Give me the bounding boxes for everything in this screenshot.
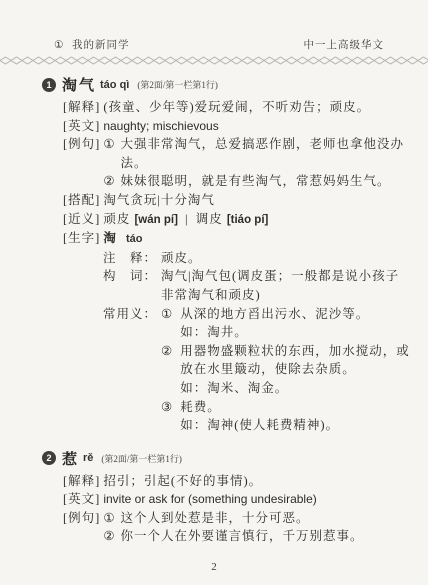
example-row: [例句] ① 大强非常淘气，总爱搞恶作剧，老师也拿他没办法。 ② 妹妹很聪明，就… (63, 135, 412, 191)
entry-heading: 1 淘气 táo qì (第2面/第一栏第1行) (42, 74, 412, 95)
chain-divider (0, 56, 428, 65)
page-content: 1 淘气 táo qì (第2面/第一栏第1行) [解释] (孩童、少年等)爱玩… (0, 65, 428, 546)
english-row: [英文] invite or ask for (something undesi… (63, 490, 412, 509)
meaning-text: 用器物盛颗粒状的东西，加水搅动，或放在水里簸动，使除去杂质。 (180, 342, 412, 379)
note-row: 注 释： 顽皮。 (103, 249, 412, 268)
example-row: [例句] ① 这个人到处惹是非，十分可恶。 ② 你一个人在外要谨言慎行，千万别惹… (63, 509, 412, 546)
compound-row: 构 词： 淘气|淘气包(调皮蛋；一般都是说小孩子非常淘气和顽皮) (103, 267, 412, 304)
page-number: 2 (0, 561, 428, 573)
explain-label: [解释] (63, 472, 100, 491)
example-item: ① 这个人到处惹是非，十分可恶。 (103, 509, 412, 528)
new-char-row: [生字] 淘 táo (63, 229, 412, 249)
english-label: [英文] (63, 117, 100, 136)
entry-location: (第2面/第一栏第1行) (101, 452, 182, 465)
meaning-body: 从深的地方舀出污水、泥沙等。 如：淘井。 (180, 305, 412, 342)
entry-pinyin: rě (83, 452, 93, 464)
example-text: 这个人到处惹是非，十分可恶。 (121, 509, 412, 528)
example-item: ② 你一个人在外要谨言慎行，千万别惹事。 (103, 527, 412, 546)
entry-pinyin: táo qì (100, 79, 129, 91)
meaning-text: 耗费。 (180, 398, 412, 417)
synonym-label: [近义] (63, 210, 100, 229)
example-text: 大强非常淘气，总爱搞恶作剧，老师也拿他没办法。 (121, 135, 412, 172)
example-item: ② 妹妹很聪明，就是有些淘气，常惹妈妈生气。 (103, 172, 412, 191)
explain-row: [解释] 招引；引起(不好的事情)。 (63, 472, 412, 491)
chapter-header: ① 我的新同学 (54, 37, 134, 52)
page-header: ① 我的新同学 中一上高级华文 (0, 0, 428, 52)
english-row: [英文] naughty; mischievous (63, 117, 412, 136)
meaning-example: 如：淘神(使人耗费精神)。 (180, 416, 412, 435)
example-text: 你一个人在外要谨言慎行，千万别惹事。 (121, 527, 412, 546)
example-text: 妹妹很聪明，就是有些淘气，常惹妈妈生气。 (121, 172, 412, 191)
textbook-page: ① 我的新同学 中一上高级华文 1 淘气 táo qì (第2面/第一栏第1行)… (0, 0, 428, 585)
explain-text: 招引；引起(不好的事情)。 (103, 472, 412, 491)
chapter-number-badge: ① (54, 40, 64, 51)
meaning-number: ① (161, 305, 173, 324)
chapter-title: 我的新同学 (72, 40, 130, 51)
meanings-row: 常用义： ① 从深的地方舀出污水、泥沙等。 如：淘井。 ② 用器物盛颗粒状的东西… (103, 305, 412, 435)
synonym-word: 顽皮 (103, 212, 130, 226)
meaning-body: 耗费。 如：淘神(使人耗费精神)。 (180, 398, 412, 435)
collocation-row: [搭配] 淘气贪玩|十分淘气 (63, 191, 412, 210)
synonym-word: 调皮 (196, 212, 223, 226)
meaning-body: 用器物盛颗粒状的东西，加水搅动，或放在水里簸动，使除去杂质。 如：淘米、淘金。 (180, 342, 412, 398)
synonym-text: 顽皮 [wán pí] | 调皮 [tiáo pí] (103, 210, 412, 230)
meaning-number: ③ (161, 398, 173, 417)
example-number: ② (103, 172, 115, 191)
synonym-pinyin: [wán pí] (134, 214, 177, 226)
meaning-item: ① 从深的地方舀出污水、泥沙等。 如：淘井。 (161, 305, 412, 342)
example-item: ① 大强非常淘气，总爱搞恶作剧，老师也拿他没办法。 (103, 135, 412, 172)
meaning-text: 从深的地方舀出污水、泥沙等。 (180, 305, 412, 324)
example-list: ① 大强非常淘气，总爱搞恶作剧，老师也拿他没办法。 ② 妹妹很聪明，就是有些淘气… (103, 135, 412, 191)
example-list: ① 这个人到处惹是非，十分可恶。 ② 你一个人在外要谨言慎行，千万别惹事。 (103, 509, 412, 546)
meaning-example: 如：淘井。 (180, 323, 412, 342)
synonym-pinyin: [tiáo pí] (227, 214, 269, 226)
new-char-pinyin: táo (126, 233, 143, 245)
collocation-label: [搭配] (63, 191, 100, 210)
book-title: 中一上高级华文 (304, 37, 385, 52)
entry-number-badge: 2 (42, 451, 56, 465)
meaning-number: ② (161, 342, 173, 361)
explain-row: [解释] (孩童、少年等)爱玩爱闹，不听劝告；顽皮。 (63, 98, 412, 117)
example-label: [例句] (63, 135, 100, 154)
entry-number-badge: 1 (42, 78, 56, 92)
note-text: 顽皮。 (161, 249, 412, 268)
new-char-head: 淘 táo (103, 229, 412, 249)
collocation-text: 淘气贪玩|十分淘气 (103, 191, 412, 210)
meaning-example: 如：淘米、淘金。 (180, 379, 412, 398)
vocab-entry-taoqi: 1 淘气 táo qì (第2面/第一栏第1行) [解释] (孩童、少年等)爱玩… (42, 74, 412, 435)
vocab-entry-re: 2 惹 rě (第2面/第一栏第1行) [解释] 招引；引起(不好的事情)。 [… (42, 448, 412, 546)
entry-word: 淘气 (62, 74, 96, 95)
synonym-separator: | (185, 212, 189, 226)
meaning-item: ③ 耗费。 如：淘神(使人耗费精神)。 (161, 398, 412, 435)
note-label: 注 释： (103, 249, 157, 268)
example-label: [例句] (63, 509, 100, 528)
english-text: invite or ask for (something undesirable… (103, 490, 412, 509)
meanings-label: 常用义： (103, 305, 157, 324)
explain-text: (孩童、少年等)爱玩爱闹，不听劝告；顽皮。 (103, 98, 412, 117)
compound-text: 淘气|淘气包(调皮蛋；一般都是说小孩子非常淘气和顽皮) (161, 267, 412, 304)
meanings-list: ① 从深的地方舀出污水、泥沙等。 如：淘井。 ② 用器物盛颗粒状的东西，加水搅动… (161, 305, 412, 435)
entry-location: (第2面/第一栏第1行) (137, 78, 218, 91)
new-char: 淘 (103, 231, 118, 245)
example-number: ① (103, 509, 115, 528)
explain-label: [解释] (63, 98, 100, 117)
example-number: ① (103, 135, 115, 154)
compound-label: 构 词： (103, 267, 157, 286)
synonym-row: [近义] 顽皮 [wán pí] | 调皮 [tiáo pí] (63, 210, 412, 230)
english-text: naughty; mischievous (103, 117, 412, 136)
meaning-item: ② 用器物盛颗粒状的东西，加水搅动，或放在水里簸动，使除去杂质。 如：淘米、淘金… (161, 342, 412, 398)
english-label: [英文] (63, 490, 100, 509)
example-number: ② (103, 527, 115, 546)
entry-heading: 2 惹 rě (第2面/第一栏第1行) (42, 448, 412, 469)
new-char-label: [生字] (63, 229, 100, 248)
entry-word: 惹 (62, 448, 79, 469)
